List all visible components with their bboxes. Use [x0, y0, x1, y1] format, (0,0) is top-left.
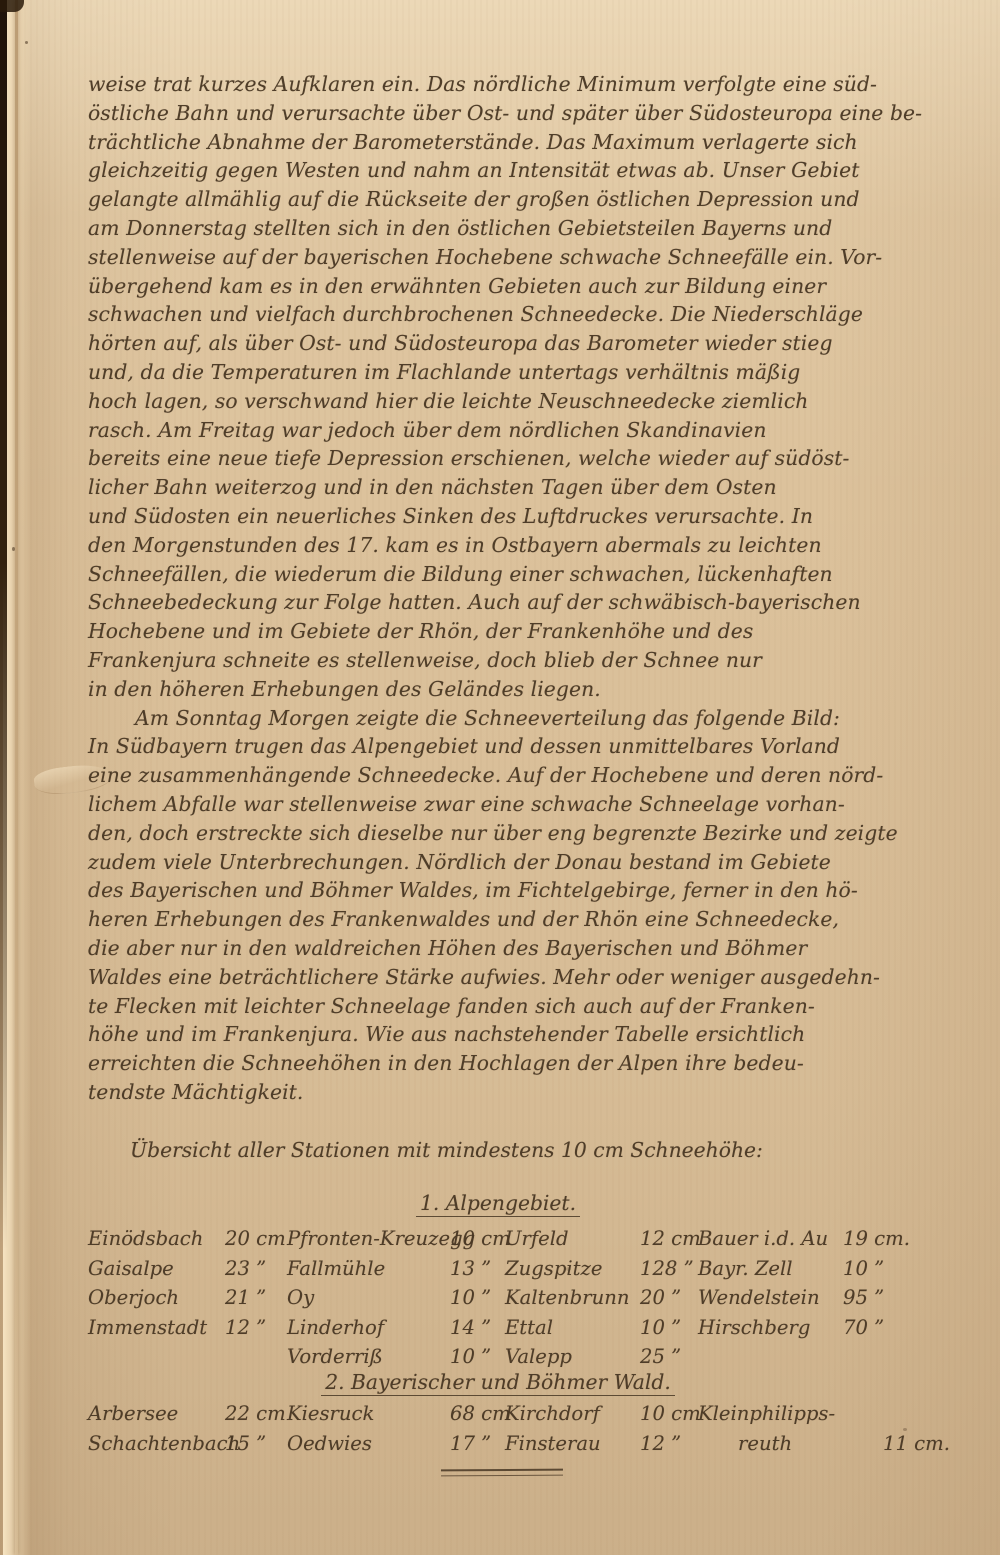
- prose-line: höhe und im Frankenjura. Wie aus nachste…: [88, 1020, 930, 1049]
- prose-line: Schneefällen, die wiederum die Bildung e…: [88, 560, 930, 589]
- snow-depth: [843, 1342, 905, 1372]
- station-name: Pfronten-Kreuzegg: [287, 1224, 450, 1254]
- station-name: Ettal: [505, 1313, 640, 1343]
- station-name: Kiesruck: [287, 1399, 450, 1429]
- station-name: [88, 1342, 225, 1372]
- prose-line: Frankenjura schneite es stellenweise, do…: [88, 646, 930, 675]
- section-2-heading-text: 2. Bayerischer und Böhmer Wald.: [321, 1370, 675, 1396]
- snow-depth: 12 ”: [640, 1429, 698, 1459]
- station-name: Kleinphilipps-: [698, 1399, 843, 1429]
- prose-line: gleichzeitig gegen Westen und nahm an In…: [88, 156, 930, 185]
- snow-depth: 70 ”: [843, 1313, 905, 1343]
- snow-depth: 10 ”: [640, 1313, 698, 1343]
- station-name: Oedwies: [287, 1429, 450, 1459]
- snow-depth: 12 ”: [225, 1313, 287, 1343]
- station-name: Bayr. Zell: [698, 1254, 843, 1284]
- prose-line: schwachen und vielfach durchbrochenen Sc…: [88, 300, 930, 329]
- station-name: Bauer i.d. Au: [698, 1224, 843, 1254]
- snow-depth: 22 cm: [225, 1399, 287, 1429]
- prose-line: tendste Mächtigkeit.: [88, 1078, 930, 1107]
- station-name: Fallmühle: [287, 1254, 450, 1284]
- prose-line: Hochebene und im Gebiete der Rhön, der F…: [88, 617, 930, 646]
- snow-depth: 23 ”: [225, 1254, 287, 1284]
- prose-line: heren Erhebungen des Frankenwaldes und d…: [88, 905, 930, 934]
- station-name: [698, 1342, 843, 1372]
- station-name: Linderhof: [287, 1313, 450, 1343]
- prose-line: gelangte allmählig auf die Rückseite der…: [88, 185, 930, 214]
- snow-depth: 25 ”: [640, 1342, 698, 1372]
- snow-depth: 14 ”: [450, 1313, 505, 1343]
- prose-line: In Südbayern trugen das Alpengebiet und …: [88, 732, 930, 761]
- paper-speck: [12, 547, 15, 551]
- snow-depth: 68 cm: [450, 1399, 505, 1429]
- snow-depth: 95 ”: [843, 1283, 905, 1313]
- station-name: Kirchdorf: [505, 1399, 640, 1429]
- station-name: Valepp: [505, 1342, 640, 1372]
- prose-line: in den höheren Erhebungen des Geländes l…: [88, 675, 930, 704]
- section-1-heading: 1. Alpengebiet.: [88, 1191, 908, 1217]
- prose-line: hörten auf, als über Ost- und Südosteuro…: [88, 329, 930, 358]
- station-name: Urfeld: [505, 1224, 640, 1254]
- snow-depth: 10 cm: [450, 1224, 505, 1254]
- snow-depth: 19 cm.: [843, 1224, 905, 1254]
- table-row: Arbersee 22 cm Kiesruck 68 cm Kirchdorf …: [88, 1399, 918, 1429]
- station-name: Finsterau: [505, 1429, 640, 1459]
- end-rule: [441, 1469, 563, 1477]
- alpine-snow-table: Einödsbach 20 cm Pfronten-Kreuzegg 10 cm…: [88, 1224, 918, 1372]
- prose-line: rasch. Am Freitag war jedoch über dem nö…: [88, 416, 930, 445]
- prose-line: und Südosten ein neuerliches Sinken des …: [88, 502, 930, 531]
- station-name: Vorderriß: [287, 1342, 450, 1372]
- snow-depth: 10 cm: [640, 1399, 698, 1429]
- station-name: Oberjoch: [88, 1283, 225, 1313]
- prose-line: Am Sonntag Morgen zeigte die Schneeverte…: [88, 704, 930, 733]
- forest-snow-table: Arbersee 22 cm Kiesruck 68 cm Kirchdorf …: [88, 1399, 918, 1458]
- snow-depth: 13 ”: [450, 1254, 505, 1284]
- station-name: Arbersee: [88, 1399, 225, 1429]
- snow-depth: [843, 1399, 905, 1429]
- station-name: reuth: [698, 1429, 883, 1459]
- prose-line: am Donnerstag stellten sich in den östli…: [88, 214, 930, 243]
- prose-line: des Bayerischen und Böhmer Waldes, im Fi…: [88, 876, 930, 905]
- prose-line: trächtliche Abnahme der Barometerstände.…: [88, 128, 930, 157]
- snow-depth: [225, 1342, 287, 1372]
- station-name: Immenstadt: [88, 1313, 225, 1343]
- station-name: Schachtenbach: [88, 1429, 225, 1459]
- snow-depth: 10 ”: [843, 1254, 905, 1284]
- station-name: Kaltenbrunn: [505, 1283, 640, 1313]
- snow-depth: 128 ”: [640, 1254, 698, 1284]
- snow-depth: 10 ”: [450, 1342, 505, 1372]
- prose-line: Schneebedeckung zur Folge hatten. Auch a…: [88, 588, 930, 617]
- station-name: Wendelstein: [698, 1283, 843, 1313]
- table-row: Gaisalpe 23 ” Fallmühle 13 ” Zugspitze 1…: [88, 1254, 918, 1284]
- prose-line: östliche Bahn und verursachte über Ost- …: [88, 99, 930, 128]
- snow-depth: 10 ”: [450, 1283, 505, 1313]
- section-1-heading-text: 1. Alpengebiet.: [416, 1191, 580, 1217]
- snow-depth: 12 cm: [640, 1224, 698, 1254]
- table-row: Oberjoch 21 ” Oy 10 ” Kaltenbrunn 20 ” W…: [88, 1283, 918, 1313]
- table-intro-line: Übersicht aller Stationen mit mindestens…: [130, 1138, 763, 1162]
- prose-line: stellenweise auf der bayerischen Hochebe…: [88, 243, 930, 272]
- snow-depth: 20 cm: [225, 1224, 287, 1254]
- snow-depth: 17 ”: [450, 1429, 505, 1459]
- paper-speck: [25, 41, 28, 44]
- snow-depth: 20 ”: [640, 1283, 698, 1313]
- prose-line: hoch lagen, so verschwand hier die leich…: [88, 387, 930, 416]
- section-2-heading: 2. Bayerischer und Böhmer Wald.: [88, 1370, 908, 1396]
- prose-line: den, doch erstreckte sich dieselbe nur ü…: [88, 819, 930, 848]
- station-name: Oy: [287, 1283, 450, 1313]
- prose-line: und, da die Temperaturen im Flachlande u…: [88, 358, 930, 387]
- table-row: Immenstadt 12 ” Linderhof 14 ” Ettal 10 …: [88, 1313, 918, 1343]
- snow-depth: 21 ”: [225, 1283, 287, 1313]
- prose-line: te Flecken mit leichter Schneelage fande…: [88, 992, 930, 1021]
- table-row: Vorderriß 10 ” Valepp 25 ”: [88, 1342, 918, 1372]
- prose-line: bereits eine neue tiefe Depression ersch…: [88, 444, 930, 473]
- manuscript-page: weise trat kurzes Aufklaren ein. Das nör…: [0, 0, 1000, 1555]
- binding-crease: [15, 0, 18, 1555]
- prose-line: übergehend kam es in den erwähnten Gebie…: [88, 272, 930, 301]
- weather-report-paragraphs: weise trat kurzes Aufklaren ein. Das nör…: [88, 70, 930, 1107]
- prose-line: eine zusammenhängende Schneedecke. Auf d…: [88, 761, 930, 790]
- station-name: Gaisalpe: [88, 1254, 225, 1284]
- prose-line: den Morgenstunden des 17. kam es in Ostb…: [88, 531, 930, 560]
- station-name: Zugspitze: [505, 1254, 640, 1284]
- prose-line: Waldes eine beträchtlichere Stärke aufwi…: [88, 963, 930, 992]
- prose-line: zudem viele Unterbrechungen. Nördlich de…: [88, 848, 930, 877]
- station-name: Einödsbach: [88, 1224, 225, 1254]
- table-row: Schachtenbach 15 ” Oedwies 17 ” Finstera…: [88, 1429, 918, 1459]
- prose-line: lichem Abfalle war stellenweise zwar ein…: [88, 790, 930, 819]
- station-name: Hirschberg: [698, 1313, 843, 1343]
- prose-line: erreichten die Schneehöhen in den Hochla…: [88, 1049, 930, 1078]
- prose-line: weise trat kurzes Aufklaren ein. Das nör…: [88, 70, 930, 99]
- prose-line: die aber nur in den waldreichen Höhen de…: [88, 934, 930, 963]
- snow-depth: 11 cm.: [883, 1429, 945, 1459]
- snow-depth: 15 ”: [225, 1429, 287, 1459]
- prose-line: licher Bahn weiterzog und in den nächste…: [88, 473, 930, 502]
- table-row: Einödsbach 20 cm Pfronten-Kreuzegg 10 cm…: [88, 1224, 918, 1254]
- book-gutter-shadow: [0, 0, 7, 1250]
